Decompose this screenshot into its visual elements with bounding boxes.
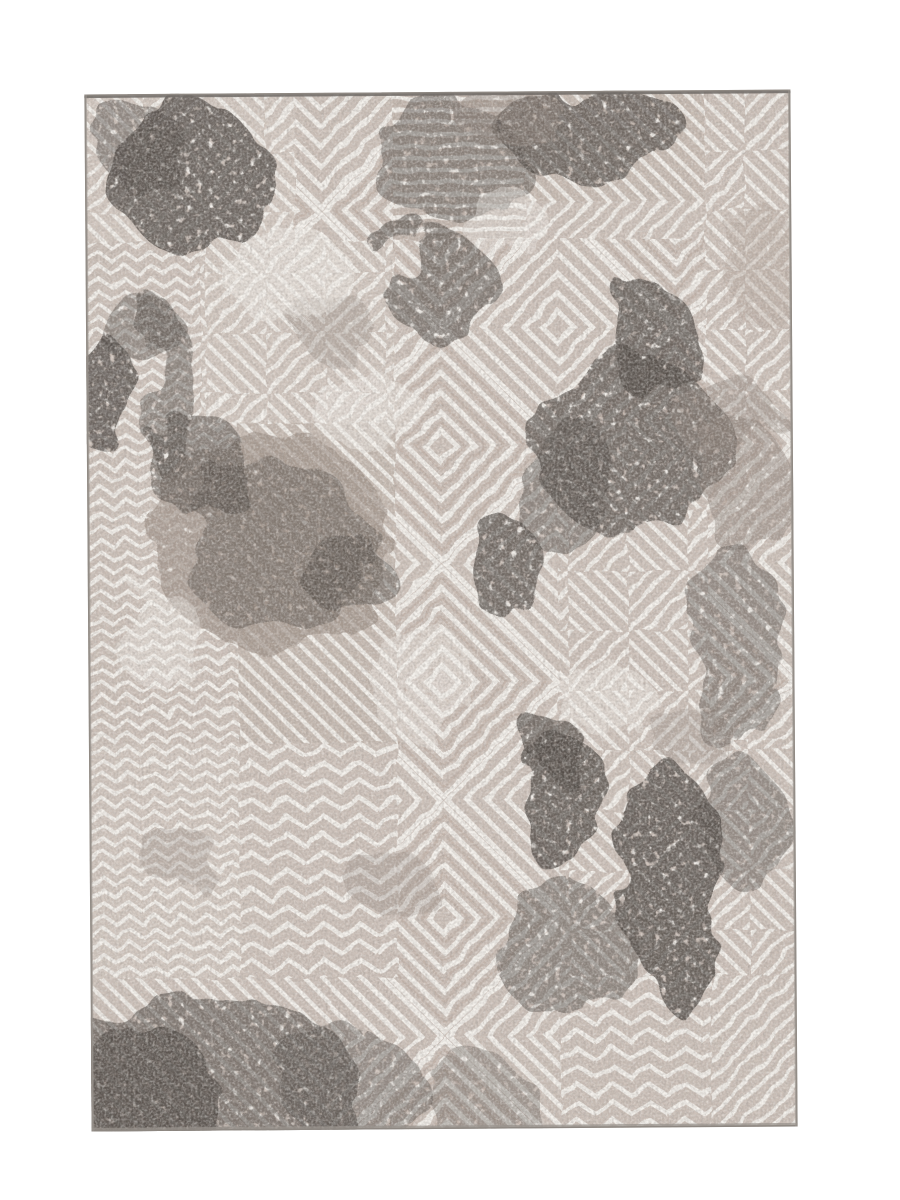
rug (27, 86, 812, 1174)
rug-photo (0, 0, 900, 1200)
photo-canvas (0, 0, 900, 1200)
rug-grain-light (84, 90, 797, 1132)
